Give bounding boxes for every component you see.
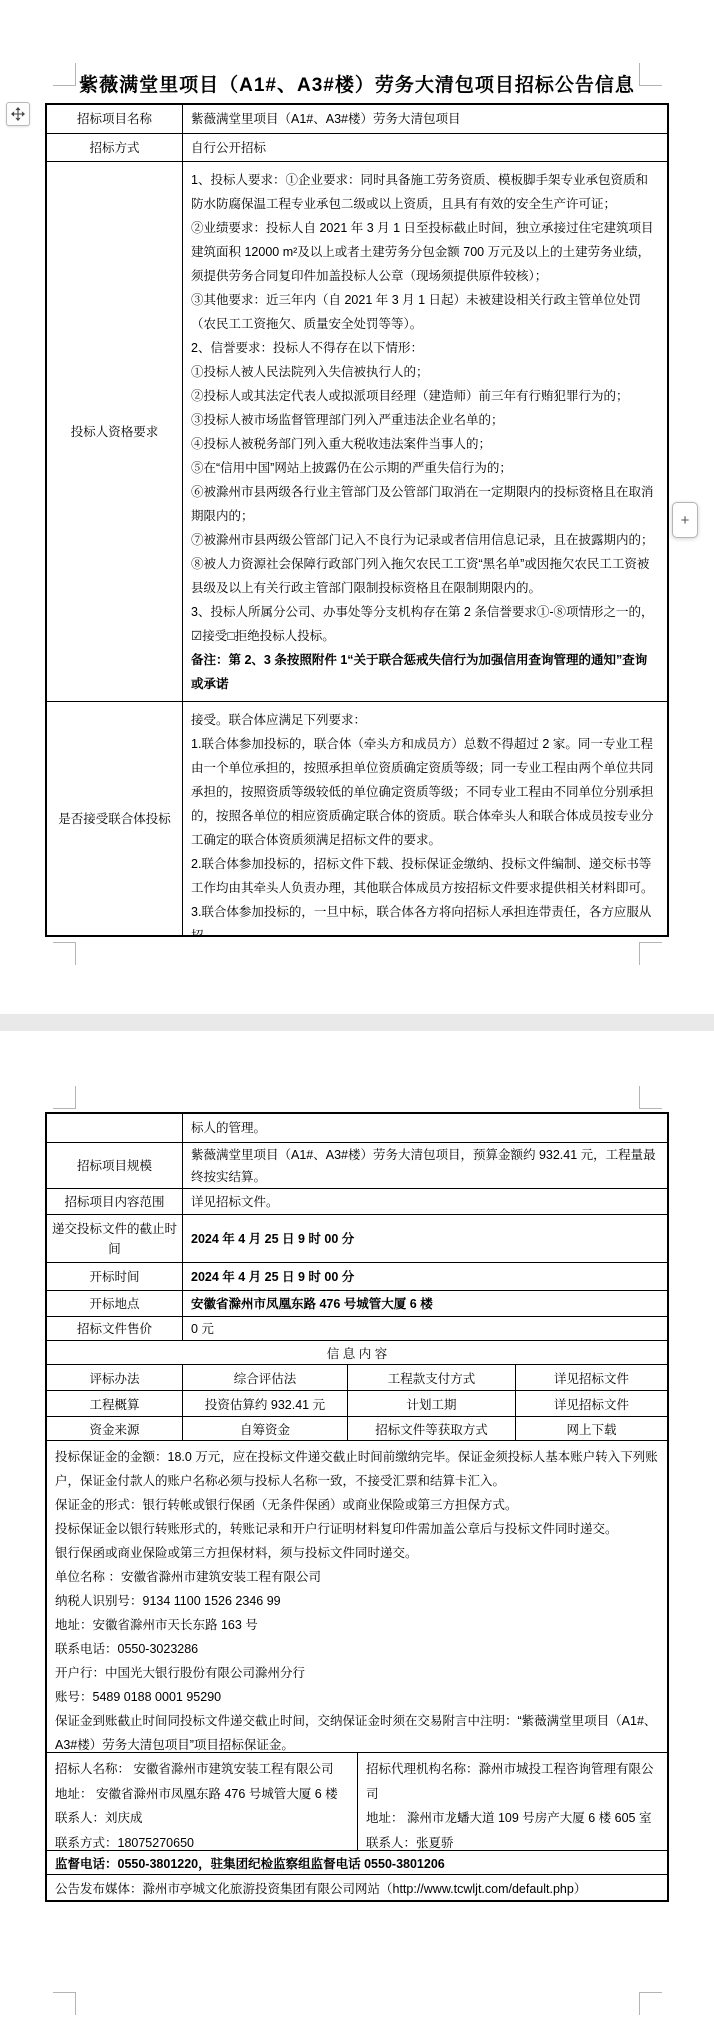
table-row-info-header: 信 息 内 容 [47, 1340, 667, 1364]
qualification-note: 备注：第 2、3 条按照附件 1“关于联合惩戒失信行为加强信用查询管理的通知”查… [191, 648, 659, 696]
table-row-project-name: 招标项目名称 紫薇满堂里项目（A1#、A3#楼）劳务大清包项目 [47, 105, 667, 133]
crop-mark-bottom-right [639, 1992, 662, 2015]
announcement-media: 公告发布媒体：滁州市亭城文化旅游投资集团有限公司网站（http://www.tc… [47, 1875, 667, 1900]
row-label: 投标人资格要求 [47, 162, 182, 701]
row-label: 招标项目内容范围 [47, 1189, 182, 1214]
open-place-value: 安徽省滁州市凤凰东路 476 号城管大厦 6 楼 [182, 1291, 667, 1316]
table-row-media: 公告发布媒体：滁州市亭城文化旅游投资集团有限公司网站（http://www.tc… [47, 1874, 667, 1900]
row-label: 招标文件售价 [47, 1317, 182, 1340]
table-row-deposit: 投标保证金的金额：18.0 万元，应在投标文件递交截止时间前缴纳完毕。保证金须投… [47, 1440, 667, 1752]
row-label: 招标方式 [47, 134, 182, 161]
crop-mark-bottom-right [639, 942, 662, 965]
grid-label: 工程款支付方式 [347, 1365, 515, 1390]
table-row-bid-method: 招标方式 自行公开招标 [47, 133, 667, 161]
row-label: 是否接受联合体投标 [47, 702, 182, 935]
announcement-table-page2: 标人的管理。 招标项目规模 紫薇满堂里项目（A1#、A3#楼）劳务大清包项目，预… [45, 1112, 669, 1902]
consortium-paragraphs: 接受。联合体应满足下列要求： 1.联合体参加投标的，联合体（牵头方和成员方）总数… [191, 708, 659, 935]
table-row-contacts: 招标人名称： 安徽省滁州市建筑安装工程有限公司 地址： 安徽省滁州市凤凰东路 4… [47, 1752, 667, 1850]
continuation-value: 标人的管理。 [182, 1114, 667, 1142]
table-row-deadline: 递交投标文件的截止时间 2024 年 4 月 25 日 9 时 00 分 [47, 1214, 667, 1262]
deposit-paragraphs: 投标保证金的金额：18.0 万元，应在投标文件递交截止时间前缴纳完毕。保证金须投… [55, 1445, 659, 1752]
plus-icon: + [681, 512, 690, 529]
row-label: 开标地点 [47, 1291, 182, 1316]
table-row-open-time: 开标时间 2024 年 4 月 25 日 9 时 00 分 [47, 1262, 667, 1290]
grid-label: 工程概算 [47, 1391, 182, 1416]
scale-value: 紫薇满堂里项目（A1#、A3#楼）劳务大清包项目，预算金额约 932.41 元，… [182, 1143, 667, 1188]
grid-label: 资金来源 [47, 1417, 182, 1440]
info-header: 信 息 内 容 [47, 1341, 667, 1364]
grid-value: 详见招标文件 [515, 1365, 667, 1390]
crop-mark-bottom-left [53, 1992, 76, 2015]
scope-value: 详见招标文件。 [182, 1189, 667, 1214]
document-viewer: 紫薇满堂里项目（A1#、A3#楼）劳务大清包项目招标公告信息 招标项目名称 紫薇… [0, 0, 714, 2031]
grid-label: 招标文件等获取方式 [347, 1417, 515, 1440]
table-row-grid-2: 工程概算 投资估算约 932.41 元 计划工期 详见招标文件 [47, 1390, 667, 1416]
grid-value: 自筹资金 [182, 1417, 347, 1440]
announcement-table-page1: 招标项目名称 紫薇满堂里项目（A1#、A3#楼）劳务大清包项目 招标方式 自行公… [45, 103, 669, 937]
crop-mark-bottom-left [53, 942, 76, 965]
row-label: 招标项目名称 [47, 105, 182, 133]
grid-value: 详见招标文件 [515, 1391, 667, 1416]
page-title: 紫薇满堂里项目（A1#、A3#楼）劳务大清包项目招标公告信息 [0, 70, 714, 97]
row-label-empty [47, 1114, 182, 1142]
row-label: 递交投标文件的截止时间 [47, 1215, 182, 1262]
deadline-value: 2024 年 4 月 25 日 9 时 00 分 [182, 1215, 667, 1262]
table-row-scale: 招标项目规模 紫薇满堂里项目（A1#、A3#楼）劳务大清包项目，预算金额约 93… [47, 1142, 667, 1188]
table-row-consortium: 是否接受联合体投标 接受。联合体应满足下列要求： 1.联合体参加投标的，联合体（… [47, 701, 667, 935]
four-way-arrow-icon [11, 107, 25, 121]
grid-label: 评标办法 [47, 1365, 182, 1390]
deposit-text: 投标保证金的金额：18.0 万元，应在投标文件递交截止时间前缴纳完毕。保证金须投… [47, 1441, 667, 1752]
agency-contact: 招标代理机构名称：滁州市城投工程咨询管理有限公司 地址： 滁州市龙蟠大道 109… [357, 1753, 667, 1850]
crop-mark-top-right [639, 1086, 662, 1109]
grid-value: 综合评估法 [182, 1365, 347, 1390]
row-label: 招标项目规模 [47, 1143, 182, 1188]
consortium-text: 接受。联合体应满足下列要求： 1.联合体参加投标的，联合体（牵头方和成员方）总数… [182, 702, 667, 935]
table-row-scope: 招标项目内容范围 详见招标文件。 [47, 1188, 667, 1214]
table-row-grid-3: 资金来源 自筹资金 招标文件等获取方式 网上下载 [47, 1416, 667, 1440]
row-label: 开标时间 [47, 1263, 182, 1290]
bid-method-value: 自行公开招标 [182, 134, 667, 161]
table-row-supervision: 监督电话：0550-3801220，驻集团纪检监察组监督电话 0550-3801… [47, 1850, 667, 1874]
open-time-value: 2024 年 4 月 25 日 9 时 00 分 [182, 1263, 667, 1290]
table-row-continuation: 标人的管理。 [47, 1114, 667, 1142]
qualification-paragraphs: 1、投标人要求：①企业要求：同时具备施工劳务资质、模板脚手架专业承包资质和防水防… [191, 168, 659, 648]
grid-value: 投资估算约 932.41 元 [182, 1391, 347, 1416]
table-row-doc-price: 招标文件售价 0 元 [47, 1316, 667, 1340]
grid-label: 计划工期 [347, 1391, 515, 1416]
page-1: 紫薇满堂里项目（A1#、A3#楼）劳务大清包项目招标公告信息 招标项目名称 紫薇… [0, 0, 714, 1014]
project-name-value: 紫薇满堂里项目（A1#、A3#楼）劳务大清包项目 [182, 105, 667, 133]
table-row-grid-1: 评标办法 综合评估法 工程款支付方式 详见招标文件 [47, 1364, 667, 1390]
table-row-open-place: 开标地点 安徽省滁州市凤凰东路 476 号城管大厦 6 楼 [47, 1290, 667, 1316]
crop-mark-top-left [53, 1086, 76, 1109]
doc-price-value: 0 元 [182, 1317, 667, 1340]
supervision-phones: 监督电话：0550-3801220，驻集团纪检监察组监督电话 0550-3801… [47, 1851, 667, 1874]
qualification-text: 1、投标人要求：①企业要求：同时具备施工劳务资质、模板脚手架专业承包资质和防水防… [182, 162, 667, 701]
grid-value: 网上下载 [515, 1417, 667, 1440]
table-row-qualification: 投标人资格要求 1、投标人要求：①企业要求：同时具备施工劳务资质、模板脚手架专业… [47, 161, 667, 701]
tenderer-contact: 招标人名称： 安徽省滁州市建筑安装工程有限公司 地址： 安徽省滁州市凤凰东路 4… [47, 1753, 357, 1850]
page-2: 标人的管理。 招标项目规模 紫薇满堂里项目（A1#、A3#楼）劳务大清包项目，预… [0, 1031, 714, 2031]
insert-plus-button[interactable]: + [672, 502, 698, 538]
table-move-handle-icon[interactable] [6, 102, 30, 126]
